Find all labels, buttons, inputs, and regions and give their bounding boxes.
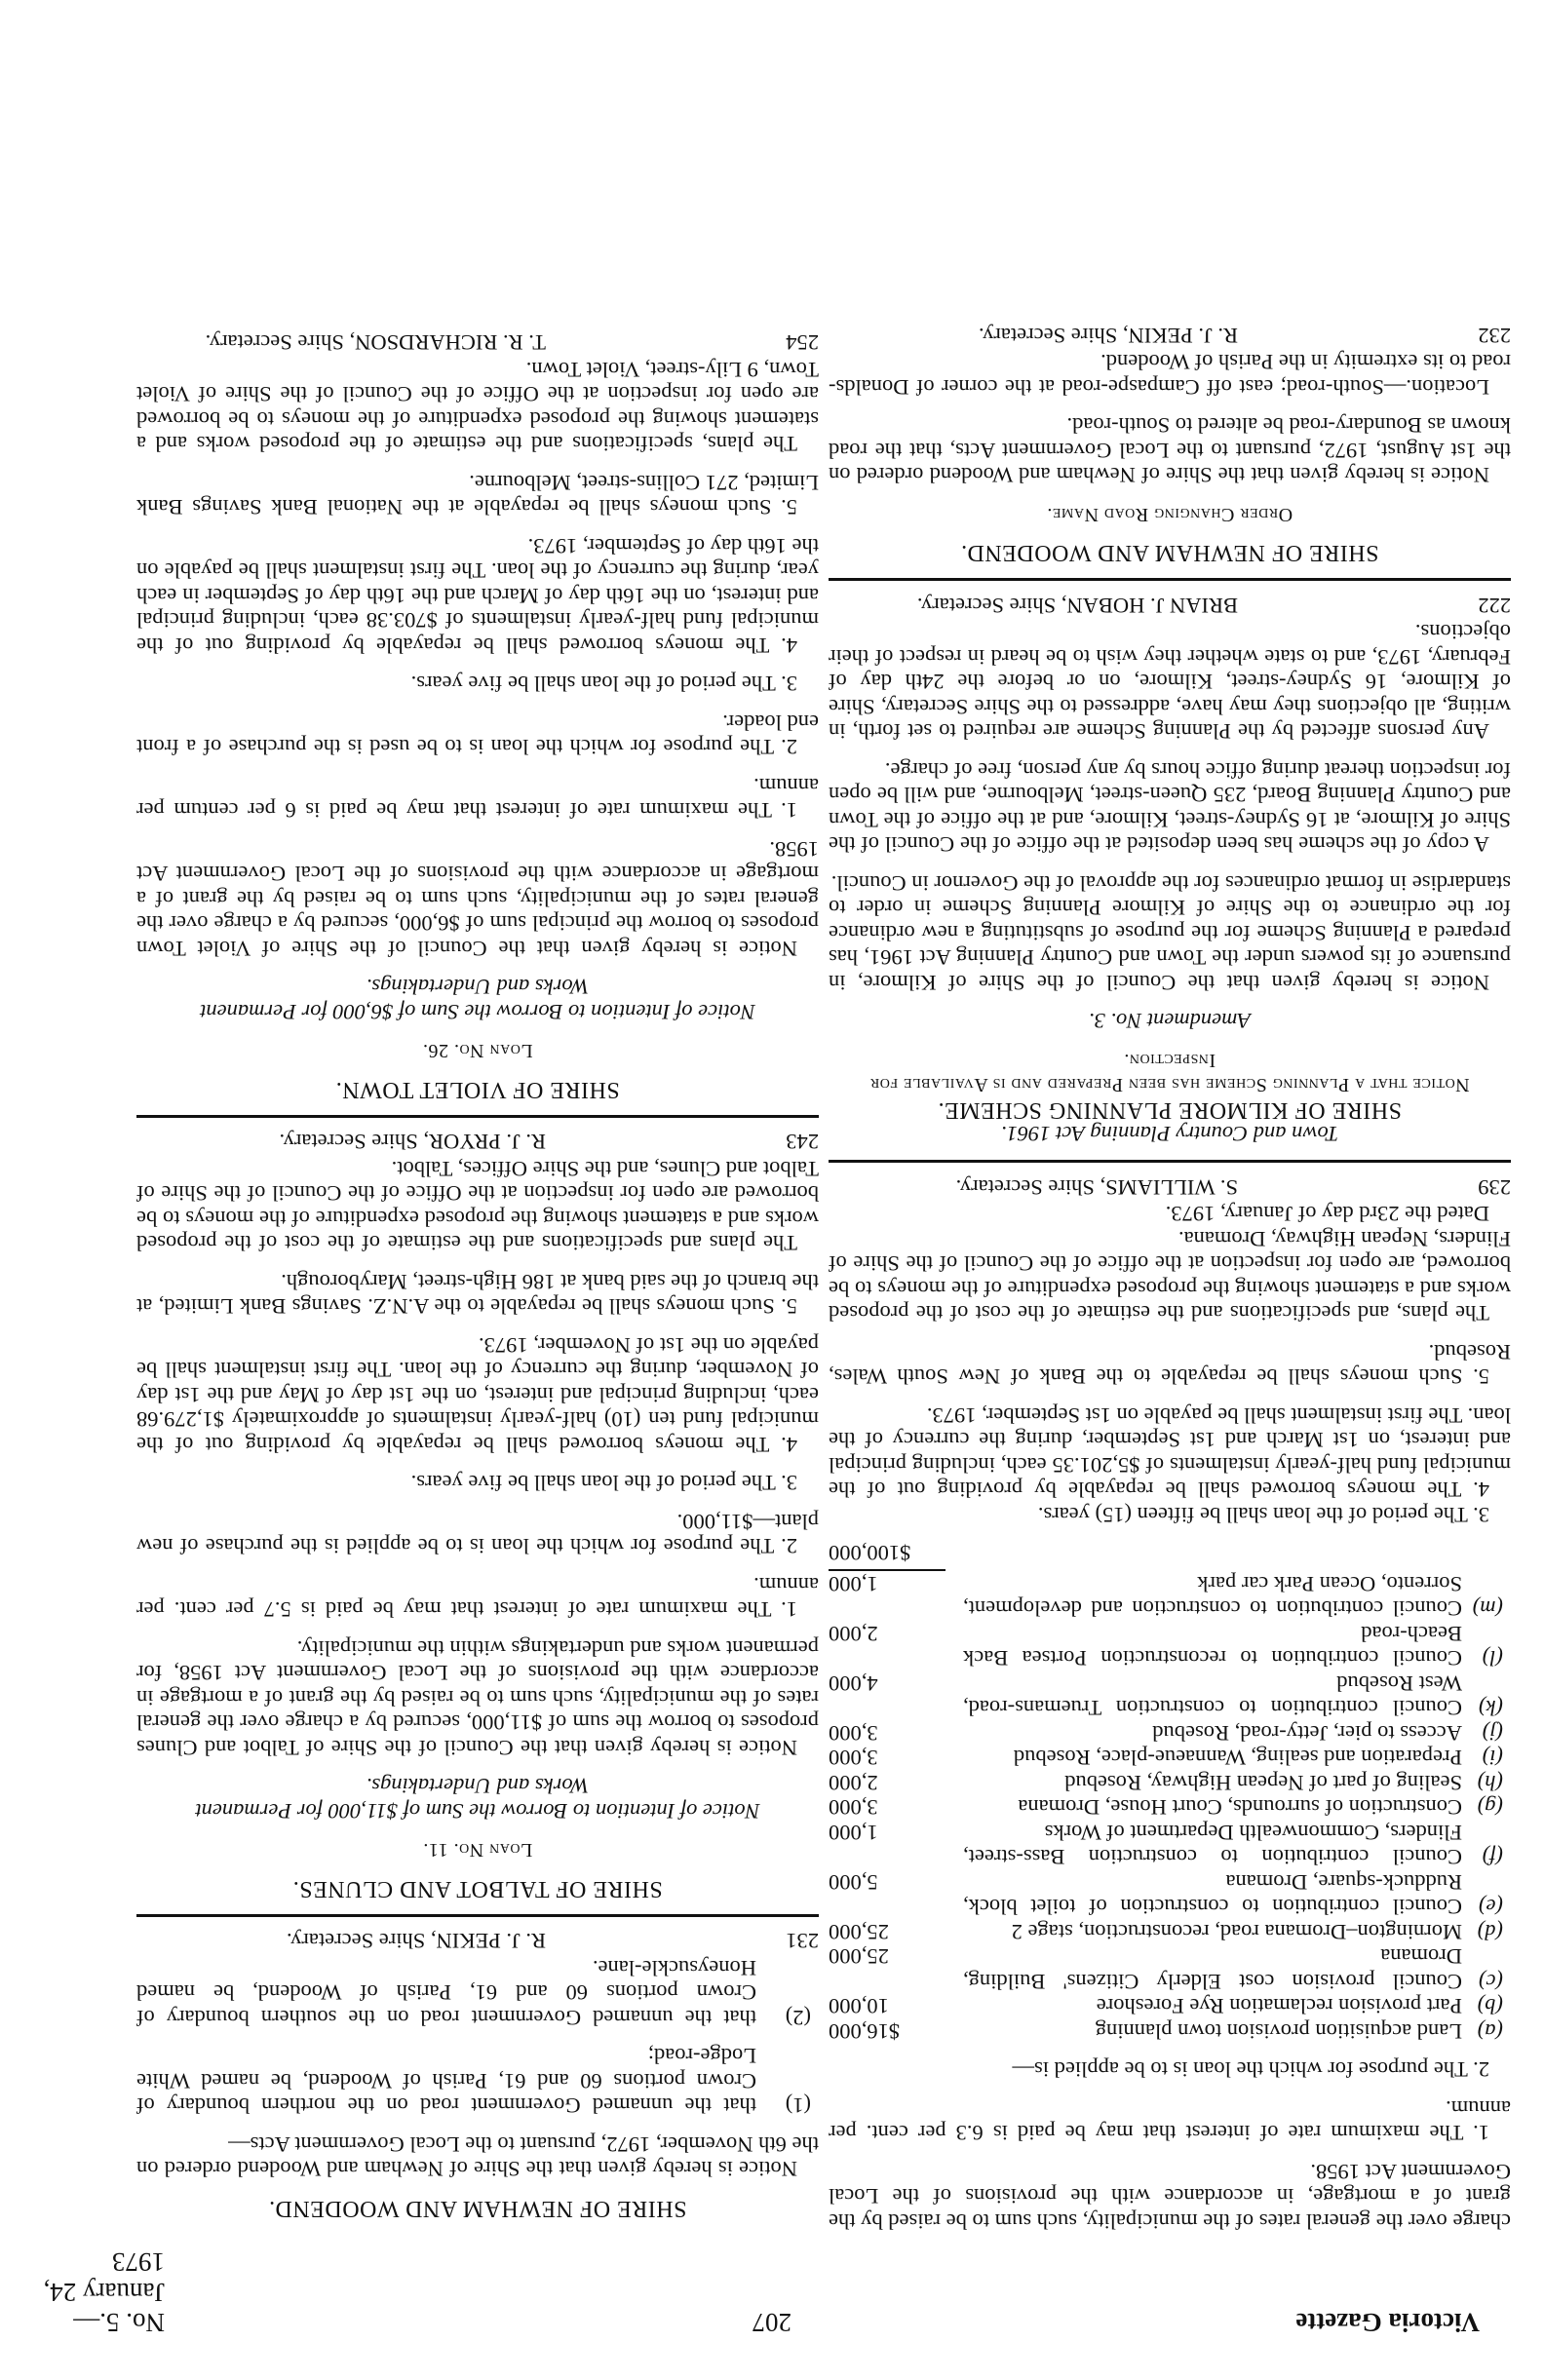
- item-text: Access to pier, Jetty-road, Rosebud: [946, 1721, 1462, 1747]
- issue-date: No. 5.—January 24, 1973: [0, 2246, 165, 2337]
- item-text: Mornington–Dromana road, reconstruction,…: [946, 1920, 1462, 1945]
- newham-subitem-1: (1) that the unnamed Government road on …: [136, 2044, 819, 2119]
- right-column: SHIRE OF NEWHAM AND WOODEND. Notice is h…: [136, 330, 819, 2234]
- purpose-item: (k)Council contribution to construction …: [829, 1671, 1511, 1721]
- signature-line: 243 R. J. PRYOR, Shire Secretary.: [136, 1130, 819, 1155]
- talbot-para-3: 3. The period of the loan shall be five …: [136, 1471, 819, 1496]
- violet-heading: SHIRE OF VIOLET TOWN.: [136, 1077, 819, 1102]
- section-divider: [136, 1914, 819, 1917]
- gazette-title: Victoria Gazette: [1295, 2307, 1480, 2337]
- item-label: (l): [1462, 1622, 1511, 1671]
- item-text: Council contribution to construction Tru…: [946, 1671, 1462, 1721]
- newham-road-para-1: Notice is hereby given that the Shire of…: [829, 413, 1511, 488]
- purpose-item: (b)Part provision reclamation Rye Foresh…: [829, 1994, 1511, 2019]
- item-label: (b): [1462, 1994, 1511, 2019]
- item-amount: 1,000: [829, 1821, 946, 1846]
- item-amount: 5,000: [829, 1870, 946, 1896]
- purpose-item: (c)Council provision cost Elderly Citize…: [829, 1944, 1511, 1994]
- item-text: Construction of surrounds, Court House, …: [946, 1795, 1462, 1821]
- notice-number: 239: [1452, 1175, 1511, 1201]
- interest-rate-paragraph: 1. The maximum rate of interest that may…: [829, 2096, 1511, 2146]
- purpose-item: (l)Council contribution to reconstructio…: [829, 1622, 1511, 1671]
- item-amount: $16,000: [829, 2019, 946, 2045]
- signature-line: 239 S. WILLIAMS, Shire Secretary.: [829, 1175, 1511, 1201]
- purpose-item: (e)Council contribution to construction …: [829, 1870, 1511, 1920]
- violet-notice-title: Notice of Intention to Borrow the Sum of…: [136, 975, 819, 1024]
- talbot-para-1: 1. The maximum rate of interest that may…: [136, 1573, 819, 1623]
- violet-intro: Notice is hereby given that the Council …: [136, 837, 819, 962]
- item-amount: 3,000: [829, 1721, 946, 1747]
- item-amount: 1,000: [829, 1572, 946, 1597]
- signatory: T. R. RICHARDSON, Shire Secretary.: [136, 330, 760, 356]
- signature-line: 231 R. J. PEKIN, Shire Secretary.: [136, 1929, 819, 1954]
- kilmore-para-2: A copy of the scheme has been deposited …: [829, 758, 1511, 858]
- violet-para-1: 1. The maximum rate of interest that may…: [136, 774, 819, 824]
- violet-para-5: 5. Such moneys shall be repayable at the…: [136, 471, 819, 520]
- signature-line: 254 T. R. RICHARDSON, Shire Secretary.: [136, 330, 819, 356]
- item-text: Sealing of part of Nepean Highway, Roseb…: [946, 1771, 1462, 1796]
- talbot-plans: The plans and specifications and the est…: [136, 1157, 819, 1256]
- purpose-paragraph: 2. The purpose for which the loan is to …: [829, 2057, 1511, 2083]
- violet-para-3: 3. The period of the loan shall be five …: [136, 672, 819, 697]
- violet-para-2: 2. The purpose for which the loan is to …: [136, 710, 819, 760]
- section-divider: [829, 1161, 1511, 1164]
- newham-subitem-2: (2) that the unnamed Government road on …: [136, 1956, 819, 2031]
- left-column: charge over the general rates of the mun…: [829, 324, 1511, 2235]
- kilmore-subheading: Notice that a Planning Scheme has been P…: [829, 1048, 1511, 1097]
- continuation-paragraph: charge over the general rates of the mun…: [829, 2160, 1511, 2235]
- newham-road-heading: SHIRE OF NEWHAM AND WOODEND.: [829, 540, 1511, 565]
- talbot-notice-title: Notice of Intention to Borrow the Sum of…: [136, 1774, 819, 1823]
- violet-plans: The plans, specifications and the estima…: [136, 358, 819, 457]
- item-label: (m): [1462, 1572, 1511, 1622]
- item-text: Council contribution to construction of …: [946, 1870, 1462, 1920]
- purpose-item: (g)Construction of surrounds, Court Hous…: [829, 1795, 1511, 1821]
- newham-road-subheading: Order Changing Road Name.: [829, 502, 1511, 527]
- signatory: BRIAN J. HOBAN, Shire Secretary.: [829, 594, 1452, 619]
- purpose-item: (j)Access to pier, Jetty-road, Rosebud3,…: [829, 1721, 1511, 1747]
- item-text: Council contribution to reconstruction P…: [946, 1622, 1462, 1671]
- item-label: (g): [1462, 1795, 1511, 1821]
- item-label: (i): [1462, 1746, 1511, 1771]
- section-divider: [136, 1115, 819, 1118]
- loan-total: $100,000: [829, 1541, 1511, 1572]
- page-header: Victoria Gazette 207 No. 5.—January 24, …: [0, 2298, 1544, 2337]
- item-label: (d): [1462, 1920, 1511, 1945]
- purpose-item: (d)Mornington–Dromana road, reconstructi…: [829, 1920, 1511, 1945]
- item-amount: 25,000: [829, 1944, 946, 1970]
- plans-paragraph: The plans, and specifications and the es…: [829, 1227, 1511, 1326]
- purpose-item: (m)Council contribution to construction …: [829, 1572, 1511, 1622]
- page-number: 207: [753, 2307, 792, 2337]
- talbot-loan-number: Loan No. 11.: [136, 1837, 819, 1862]
- purpose-items-list: (a)Land acquisition provision town plann…: [829, 1572, 1511, 2045]
- kilmore-heading: SHIRE OF KILMORE PLANNING SCHEME.: [829, 1097, 1511, 1123]
- item-label: (k): [1462, 1671, 1511, 1721]
- talbot-heading: SHIRE OF TALBOT AND CLUNES.: [136, 1876, 819, 1901]
- item-amount: 2,000: [829, 1771, 946, 1796]
- kilmore-act: Town and Country Planning Act 1961.: [829, 1122, 1511, 1147]
- item-label: (f): [1462, 1821, 1511, 1870]
- item-amount: 4,000: [829, 1671, 946, 1697]
- item-amount: 3,000: [829, 1795, 946, 1821]
- violet-loan-number: Loan No. 26.: [136, 1038, 819, 1063]
- signatory: R. J. PRYOR, Shire Secretary.: [136, 1130, 760, 1155]
- notice-number: 254: [760, 330, 819, 356]
- newham-road-para-2: Location.—South-road; east off Campaspe-…: [829, 350, 1511, 400]
- talbot-para-5: 5. Such moneys shall be repayable to the…: [136, 1270, 819, 1320]
- signatory: R. J. PEKIN, Shire Secretary.: [136, 1929, 760, 1954]
- talbot-intro: Notice is hereby given that the Council …: [136, 1636, 819, 1761]
- item-text: Council contribution to construction Bas…: [946, 1821, 1462, 1870]
- kilmore-para-1: Notice is hereby given that the Council …: [829, 871, 1511, 996]
- signatory: S. WILLIAMS, Shire Secretary.: [829, 1175, 1452, 1201]
- gazette-page: Victoria Gazette 207 No. 5.—January 24, …: [0, 0, 1544, 2380]
- item-label: (a): [1462, 2019, 1511, 2045]
- kilmore-amendment: Amendment No. 3.: [829, 1009, 1511, 1034]
- item-label: (e): [1462, 1870, 1511, 1920]
- item-amount: 3,000: [829, 1746, 946, 1771]
- talbot-para-4: 4. The moneys borrowed shall be repayabl…: [136, 1333, 819, 1458]
- talbot-para-2: 2. The purpose for which the loan is to …: [136, 1510, 819, 1559]
- item-text: Council contribution to construction and…: [946, 1572, 1462, 1622]
- dated-line: Dated the 23rd day of January, 1973.: [829, 1202, 1511, 1227]
- purpose-item: (i)Preparation and sealing, Wannaeue-pla…: [829, 1746, 1511, 1771]
- item-amount: 25,000: [829, 1920, 946, 1945]
- signature-line: 232 R. J. PEKIN, Shire Secretary.: [829, 324, 1511, 349]
- item-text: Preparation and sealing, Wannaeue-place,…: [946, 1746, 1462, 1771]
- item-text: Land acquisition provision town planning: [946, 2019, 1462, 2045]
- violet-para-4: 4. The moneys borrowed shall be repayabl…: [136, 534, 819, 659]
- newham-para-1: Notice is hereby given that the Shire of…: [136, 2132, 819, 2182]
- notice-number: 232: [1452, 324, 1511, 349]
- section-divider: [829, 579, 1511, 582]
- notice-number: 243: [760, 1130, 819, 1155]
- item-label: (c): [1462, 1944, 1511, 1994]
- bank-paragraph: 5. Such moneys shall be repayable to the…: [829, 1340, 1511, 1390]
- repayment-paragraph: 4. The moneys borrowed shall be repayabl…: [829, 1403, 1511, 1503]
- signatory: R. J. PEKIN, Shire Secretary.: [829, 324, 1452, 349]
- notice-number: 222: [1452, 594, 1511, 619]
- signature-line: 222 BRIAN J. HOBAN, Shire Secretary.: [829, 594, 1511, 619]
- newham-heading: SHIRE OF NEWHAM AND WOODEND.: [136, 2196, 819, 2221]
- loan-period-paragraph: 3. The period of the loan shall be fifte…: [829, 1503, 1511, 1528]
- item-label: (h): [1462, 1771, 1511, 1796]
- purpose-item: (h)Sealing of part of Nepean Highway, Ro…: [829, 1771, 1511, 1796]
- item-label: (j): [1462, 1721, 1511, 1747]
- purpose-item: (a)Land acquisition provision town plann…: [829, 2019, 1511, 2045]
- item-text: Part provision reclamation Rye Foreshore: [946, 1994, 1462, 2019]
- item-text: Council provision cost Elderly Citizens'…: [946, 1944, 1462, 1994]
- purpose-item: (f)Council contribution to construction …: [829, 1821, 1511, 1870]
- notice-number: 231: [760, 1929, 819, 1954]
- kilmore-para-3: Any persons affected by the Planning Sch…: [829, 620, 1511, 745]
- item-amount: 10,000: [829, 1994, 946, 2019]
- item-amount: 2,000: [829, 1622, 946, 1647]
